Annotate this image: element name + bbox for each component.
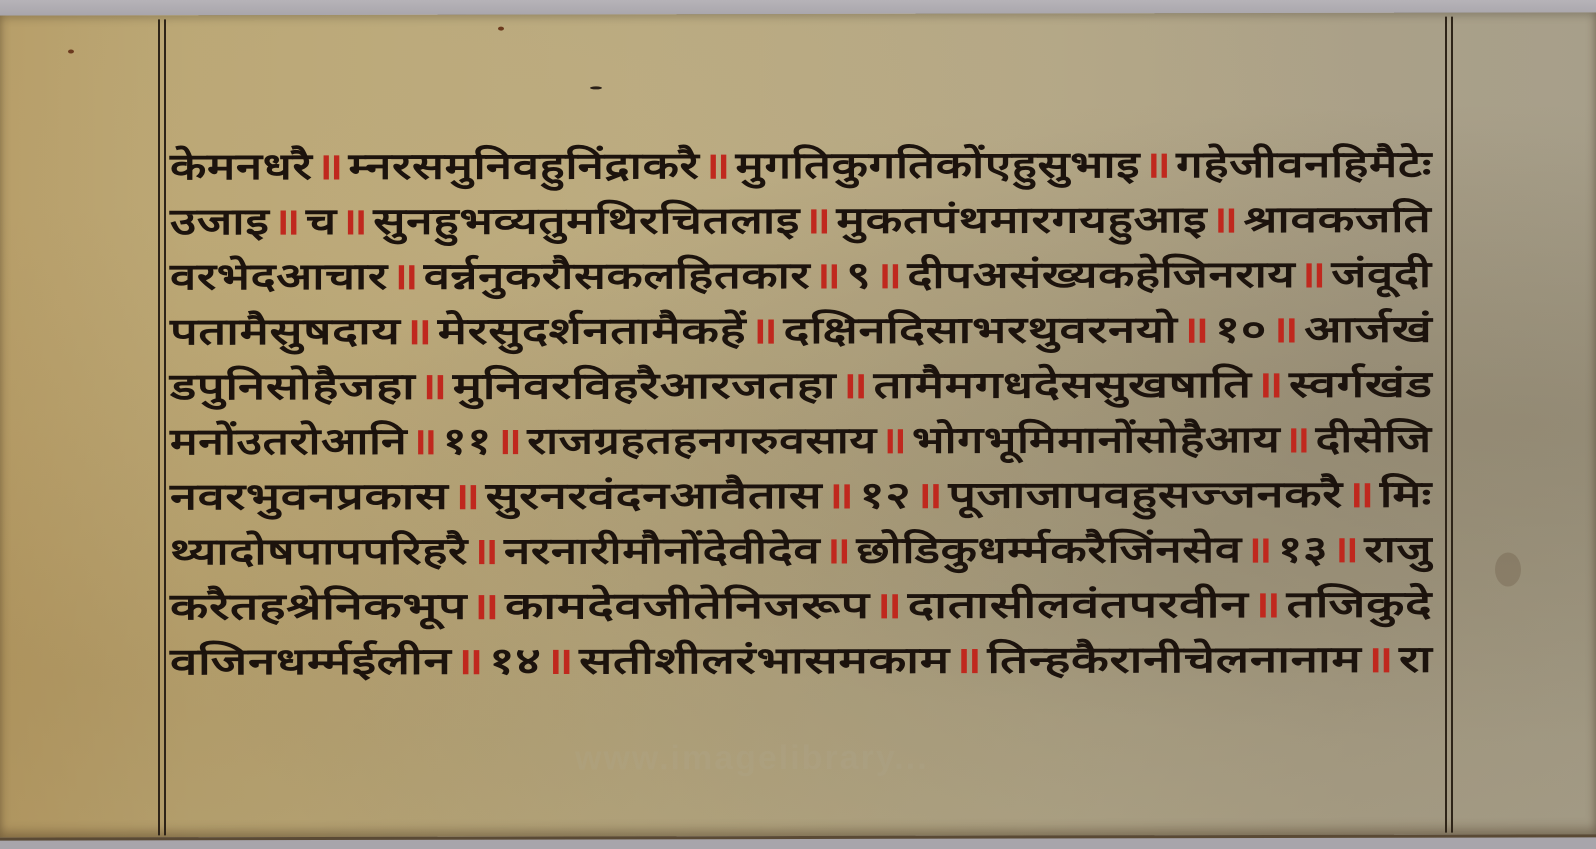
danda-mark: ॥ <box>1331 522 1362 577</box>
verse-number: ११ <box>443 414 492 469</box>
danda-mark: ॥ <box>1270 302 1302 357</box>
danda-mark: ॥ <box>403 304 435 359</box>
line-content: करैतहश्रेनिकभूप॥कामदेवजीतेनिजरूप॥दातासील… <box>170 577 1432 635</box>
text-segment: मिः <box>1380 473 1432 516</box>
verse-number: १३ <box>1278 522 1328 577</box>
manuscript-text: केमनधरै॥म्नरसमुनिवहुनिंद्राकरै॥मुगतिकुगत… <box>170 137 1438 690</box>
danda-mark: ॥ <box>494 414 524 469</box>
text-segment: दीपअसंख्यकहेजिनराय <box>907 253 1295 297</box>
text-segment: तिन्हकैरानीचेलनानाम <box>987 638 1361 682</box>
text-segment: कामदेवजीतेनिजरूप <box>505 584 870 628</box>
text-segment: च <box>306 200 337 243</box>
verse-number: १४ <box>489 634 542 689</box>
text-segment: राजग्रहतहनगरुवसाय <box>527 419 877 463</box>
line-content: वजिनधर्म्मईलीन॥१४॥सतीशीलरंभासमकाम॥तिन्हक… <box>170 632 1433 690</box>
text-segment: आर्जखं <box>1304 308 1432 351</box>
danda-mark: ॥ <box>874 248 905 303</box>
manuscript-line: उजाइ॥च॥सुनहुभव्यतुमथिरचितलाइ॥मुकतपंथमारग… <box>170 192 1438 250</box>
line-content: उजाइ॥च॥सुनहुभव्यतुमथिरचितलाइ॥मुकतपंथमारग… <box>170 192 1431 250</box>
manuscript-line: वरभेदआचार॥वर्न्ननुकरौसकलहितकार॥९॥दीपअसंख… <box>170 247 1438 305</box>
text-segment: वजिनधर्म्मईलीन <box>170 640 452 684</box>
danda-mark: ॥ <box>823 523 854 578</box>
manuscript-line: केमनधरै॥म्नरसमुनिवहुनिंद्राकरै॥मुगतिकुगत… <box>170 137 1438 195</box>
text-segment: थ्यादोषपापपरिहरै <box>170 530 468 574</box>
danda-mark: ॥ <box>339 194 370 249</box>
danda-mark: ॥ <box>315 139 346 194</box>
danda-mark: ॥ <box>749 303 781 358</box>
manuscript-line: करैतहश्रेनिकभूप॥कामदेवजीतेनिजरूप॥दातासील… <box>170 577 1438 635</box>
text-segment: स्वर्गखंड <box>1289 363 1432 406</box>
line-content: वरभेदआचार॥वर्न्ननुकरौसकलहितकार॥९॥दीपअसंख… <box>170 247 1432 305</box>
danda-mark: ॥ <box>1283 412 1313 467</box>
text-segment: सुरनरवंदनआवैतास <box>486 474 823 518</box>
danda-mark: ॥ <box>803 193 834 248</box>
text-segment: दक्षिनदिसाभरथुवरनयो <box>783 308 1177 352</box>
line-content: डपुनिसोहैजहा॥मुनिवरविहरैआरजतहा॥तामैमगधदे… <box>170 357 1433 415</box>
manuscript-folio: केमनधरै॥म्नरसमुनिवहुनिंद्राकरै॥मुगतिकुगत… <box>0 12 1596 840</box>
danda-mark: ॥ <box>825 468 857 523</box>
danda-mark: ॥ <box>1143 137 1174 192</box>
ink-speck <box>590 86 602 89</box>
text-segment: सुनहुभव्यतुमथिरचितलाइ <box>373 199 800 243</box>
danda-mark: ॥ <box>839 358 871 413</box>
text-segment: राजु <box>1364 528 1432 571</box>
manuscript-line: मनोंउतरोआनि॥११॥राजग्रहतहनगरुवसाय॥भोगभूमि… <box>170 412 1438 470</box>
danda-mark: ॥ <box>418 359 450 414</box>
danda-mark: ॥ <box>410 414 440 469</box>
danda-mark: ॥ <box>1251 577 1284 632</box>
verse-number: ९ <box>846 248 871 303</box>
text-segment: केमनधरै <box>170 145 313 188</box>
text-segment: वरभेदआचार <box>170 255 388 298</box>
text-segment: वर्न्ननुकरौसकलहितकार <box>424 254 811 298</box>
line-content: थ्यादोषपापपरिहरै॥नरनारीमौनोंदेवीदेव॥छोडि… <box>170 522 1432 580</box>
manuscript-line: नवरभुवनप्रकास॥सुरनरवंदनआवैतास॥१२॥पूजाजाप… <box>170 467 1438 525</box>
danda-mark: ॥ <box>1298 247 1329 302</box>
danda-mark: ॥ <box>1364 632 1396 687</box>
right-margin-rule <box>1445 17 1455 833</box>
danda-mark: ॥ <box>272 194 303 249</box>
danda-mark: ॥ <box>872 578 905 633</box>
danda-mark: ॥ <box>952 633 984 688</box>
text-segment: मनोंउतरोआनि <box>170 420 407 463</box>
text-segment: दातासीलवंतपरवीन <box>908 583 1249 627</box>
watermark: www.imagelibrary... <box>575 739 929 779</box>
manuscript-line: थ्यादोषपापपरिहरै॥नरनारीमौनोंदेवीदेव॥छोडि… <box>170 522 1438 580</box>
text-segment: मुगतिकुगतिकोंएहुसुभाइ <box>736 143 1141 187</box>
text-segment: म्नरसमुनिवहुनिंद्राकरै <box>349 144 700 188</box>
danda-mark: ॥ <box>1345 467 1377 522</box>
danda-mark: ॥ <box>390 249 421 304</box>
line-content: नवरभुवनप्रकास॥सुरनरवंदनआवैतास॥१२॥पूजाजाप… <box>170 467 1432 525</box>
danda-mark: ॥ <box>914 468 946 523</box>
ink-speck <box>498 27 504 31</box>
danda-mark: ॥ <box>1180 302 1212 357</box>
text-segment: पूजाजापवहुसज्जनकरै <box>948 473 1342 517</box>
text-segment: तामैमगधदेससुखषाति <box>874 363 1252 407</box>
danda-mark: ॥ <box>471 524 502 579</box>
photo-background: केमनधरै॥म्नरसमुनिवहुनिंद्राकरै॥मुगतिकुगत… <box>0 0 1596 849</box>
line-content: मनोंउतरोआनि॥११॥राजग्रहतहनगरुवसाय॥भोगभूमि… <box>170 412 1432 470</box>
line-content: केमनधरै॥म्नरसमुनिवहुनिंद्राकरै॥मुगतिकुगत… <box>170 137 1432 195</box>
manuscript-line: पतामैसुषदाय॥मेरसुदर्शनतामैकहें॥दक्षिनदिस… <box>170 302 1438 360</box>
text-segment: मुनिवरविहरैआरजतहा <box>453 364 837 408</box>
danda-mark: ॥ <box>1244 522 1275 577</box>
text-segment: दीसेजि <box>1316 418 1432 461</box>
text-segment: गहेजीवनहिमैटेः <box>1176 143 1432 187</box>
text-segment: जंवूदी <box>1331 253 1431 296</box>
text-segment: मेरसुदर्शनतामैकहें <box>438 309 747 353</box>
manuscript-line: वजिनधर्म्मईलीन॥१४॥सतीशीलरंभासमकाम॥तिन्हक… <box>170 632 1438 690</box>
danda-mark: ॥ <box>702 138 733 193</box>
danda-mark: ॥ <box>454 634 486 689</box>
verse-number: १२ <box>859 468 911 523</box>
text-segment: छोडिकुधर्म्मकरैजिंनसेव <box>856 528 1241 572</box>
paper-stain <box>1495 552 1521 586</box>
text-segment: सतीशीलरंभासमकाम <box>579 639 950 683</box>
text-segment: भोगभूमिमानोंसोहैआय <box>912 418 1280 462</box>
verse-number: १० <box>1215 302 1267 357</box>
text-segment: डपुनिसोहैजहा <box>170 365 415 409</box>
danda-mark: ॥ <box>1254 357 1286 412</box>
danda-mark: ॥ <box>544 633 576 688</box>
ink-speck <box>68 50 74 54</box>
text-segment: श्रावकजति <box>1244 198 1432 241</box>
left-margin-rule <box>158 19 168 835</box>
text-segment: करैतहश्रेनिकभूप <box>170 585 467 629</box>
text-segment: नरनारीमौनोंदेवीदेव <box>504 529 820 573</box>
danda-mark: ॥ <box>813 248 844 303</box>
text-segment: तजिकुदे <box>1287 583 1433 626</box>
danda-mark: ॥ <box>451 469 483 524</box>
danda-mark: ॥ <box>879 413 909 468</box>
line-content: पतामैसुषदाय॥मेरसुदर्शनतामैकहें॥दक्षिनदिस… <box>170 302 1432 360</box>
danda-mark: ॥ <box>1210 192 1241 247</box>
text-segment: नवरभुवनप्रकास <box>170 475 449 519</box>
danda-mark: ॥ <box>470 579 503 634</box>
text-segment: रा <box>1399 638 1433 681</box>
manuscript-line: डपुनिसोहैजहा॥मुनिवरविहरैआरजतहा॥तामैमगधदे… <box>170 357 1438 415</box>
text-segment: उजाइ <box>170 200 269 243</box>
text-segment: मुकतपंथमारगयहुआइ <box>836 198 1207 242</box>
text-segment: पतामैसुषदाय <box>170 310 400 353</box>
